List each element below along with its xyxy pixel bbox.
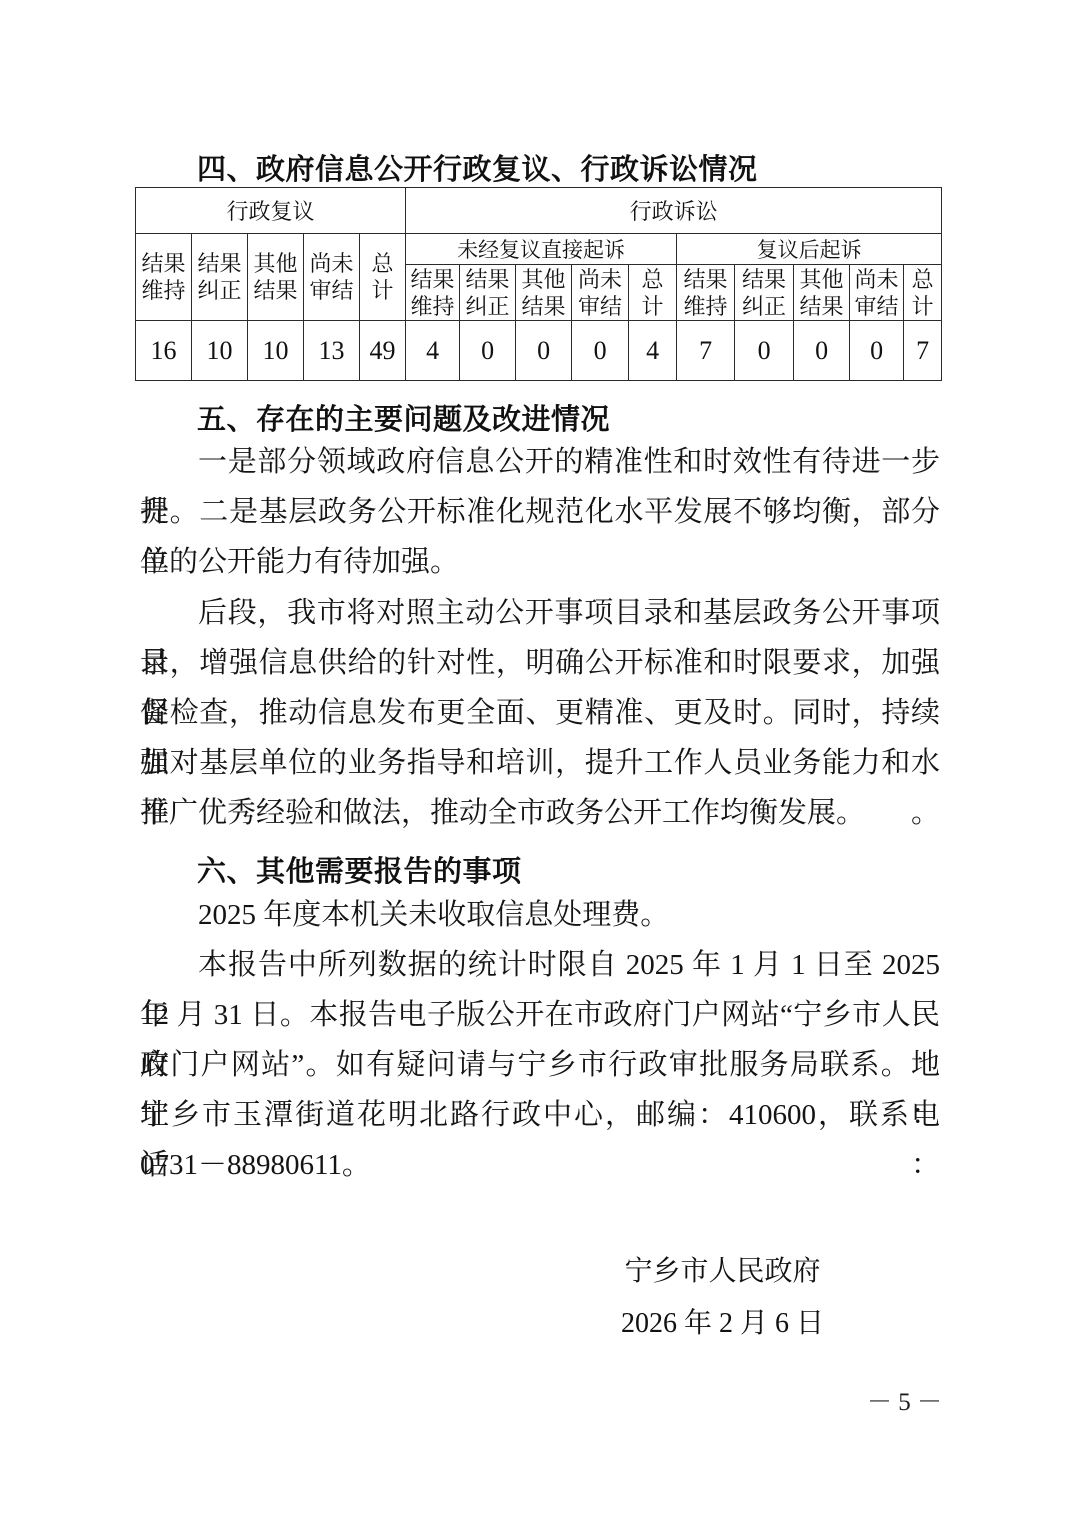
paragraph-line: 12 月 31 日。本报告电子版公开在市政府门户网站“宁乡市人民政 bbox=[140, 990, 940, 1040]
review-litigation-table: 行政复议 行政诉讼 结果维持 结果纠正 其他结果 尚未审结 总计 未经复议直接起… bbox=[135, 187, 942, 381]
section5-paragraph-2: 后段，我市将对照主动公开事项目录和基层政务公开事项目 录，增强信息供给的针对性，… bbox=[140, 588, 940, 838]
paragraph-line: 一是部分领域政府信息公开的精准性和时效性有待进一步提 bbox=[140, 437, 940, 487]
paragraph-line: 位的公开能力有待加强。 bbox=[140, 537, 940, 587]
document-page: 四、政府信息公开行政复议、行政诉讼情况 行政复议 行政诉讼 结果维持 结果纠正 … bbox=[0, 0, 1074, 1520]
col-header-result-corrected: 结果纠正 bbox=[460, 265, 516, 321]
col-header-total: 总计 bbox=[629, 265, 677, 321]
section5-heading: 五、存在的主要问题及改进情况 bbox=[197, 397, 610, 438]
col-header-other-result: 其他结果 bbox=[248, 234, 304, 321]
paragraph-line: 推广优秀经验和做法，推动全市政务公开工作均衡发展。 bbox=[140, 788, 940, 838]
section5-paragraph-1: 一是部分领域政府信息公开的精准性和时效性有待进一步提 升。二是基层政务公开标准化… bbox=[140, 437, 940, 587]
paragraph-line: 升。二是基层政务公开标准化规范化水平发展不够均衡，部分单 bbox=[140, 487, 940, 537]
section6-paragraph-2: 本报告中所列数据的统计时限自 2025 年 1 月 1 日至 2025 年 12… bbox=[140, 940, 940, 1190]
col-header-result-corrected: 结果纠正 bbox=[192, 234, 248, 321]
paragraph-line: 录，增强信息供给的针对性，明确公开标准和时限要求，加强督 bbox=[140, 638, 940, 688]
col-header-result-upheld: 结果维持 bbox=[136, 234, 192, 321]
value-review-upheld: 16 bbox=[136, 321, 192, 381]
col-header-pending: 尚未审结 bbox=[572, 265, 629, 321]
value-direct-other: 0 bbox=[516, 321, 572, 381]
table-group-administrative-litigation: 行政诉讼 bbox=[406, 188, 942, 234]
section6-heading: 六、其他需要报告的事项 bbox=[197, 849, 522, 890]
paragraph-line: 强对基层单位的业务指导和培训，提升工作人员业务能力和水平。 bbox=[140, 738, 940, 788]
value-direct-corrected: 0 bbox=[460, 321, 516, 381]
col-header-pending: 尚未审结 bbox=[304, 234, 360, 321]
table-subgroup-direct-suit: 未经复议直接起诉 bbox=[406, 234, 677, 265]
table-subgroup-suit-after-review: 复议后起诉 bbox=[677, 234, 942, 265]
value-review-other: 10 bbox=[248, 321, 304, 381]
value-after-pending: 0 bbox=[850, 321, 904, 381]
value-after-other: 0 bbox=[794, 321, 850, 381]
paragraph-line: 本报告中所列数据的统计时限自 2025 年 1 月 1 日至 2025 年 bbox=[140, 940, 940, 990]
col-header-total: 总计 bbox=[360, 234, 406, 321]
value-after-total: 7 bbox=[904, 321, 942, 381]
table-group-administrative-review: 行政复议 bbox=[136, 188, 406, 234]
paragraph-line: 促检查，推动信息发布更全面、更精准、更及时。同时，持续加 bbox=[140, 688, 940, 738]
col-header-other-result: 其他结果 bbox=[516, 265, 572, 321]
paragraph-line: 宁乡市玉潭街道花明北路行政中心，邮编：410600，联系电话： bbox=[140, 1090, 940, 1140]
value-review-corrected: 10 bbox=[192, 321, 248, 381]
paragraph-line: 府门户网站”。如有疑问请与宁乡市行政审批服务局联系。地址： bbox=[140, 1040, 940, 1090]
value-after-upheld: 7 bbox=[677, 321, 735, 381]
value-direct-upheld: 4 bbox=[406, 321, 460, 381]
col-header-total: 总计 bbox=[904, 265, 942, 321]
page-number: － 5 － bbox=[778, 1382, 942, 1418]
value-after-corrected: 0 bbox=[735, 321, 794, 381]
col-header-other-result: 其他结果 bbox=[794, 265, 850, 321]
col-header-result-upheld: 结果维持 bbox=[677, 265, 735, 321]
col-header-pending: 尚未审结 bbox=[850, 265, 904, 321]
paragraph-line: 后段，我市将对照主动公开事项目录和基层政务公开事项目 bbox=[140, 588, 940, 638]
value-direct-pending: 0 bbox=[572, 321, 629, 381]
paragraph-line: 2025 年度本机关未收取信息处理费。 bbox=[140, 890, 940, 940]
signature-organization: 宁乡市人民政府 bbox=[570, 1246, 875, 1298]
value-review-total: 49 bbox=[360, 321, 406, 381]
value-direct-total: 4 bbox=[629, 321, 677, 381]
col-header-result-corrected: 结果纠正 bbox=[735, 265, 794, 321]
section4-heading: 四、政府信息公开行政复议、行政诉讼情况 bbox=[197, 147, 758, 188]
signature-date: 2026 年 2 月 6 日 bbox=[570, 1298, 875, 1350]
value-review-pending: 13 bbox=[304, 321, 360, 381]
col-header-result-upheld: 结果维持 bbox=[406, 265, 460, 321]
section6-paragraph-1: 2025 年度本机关未收取信息处理费。 bbox=[140, 890, 940, 940]
